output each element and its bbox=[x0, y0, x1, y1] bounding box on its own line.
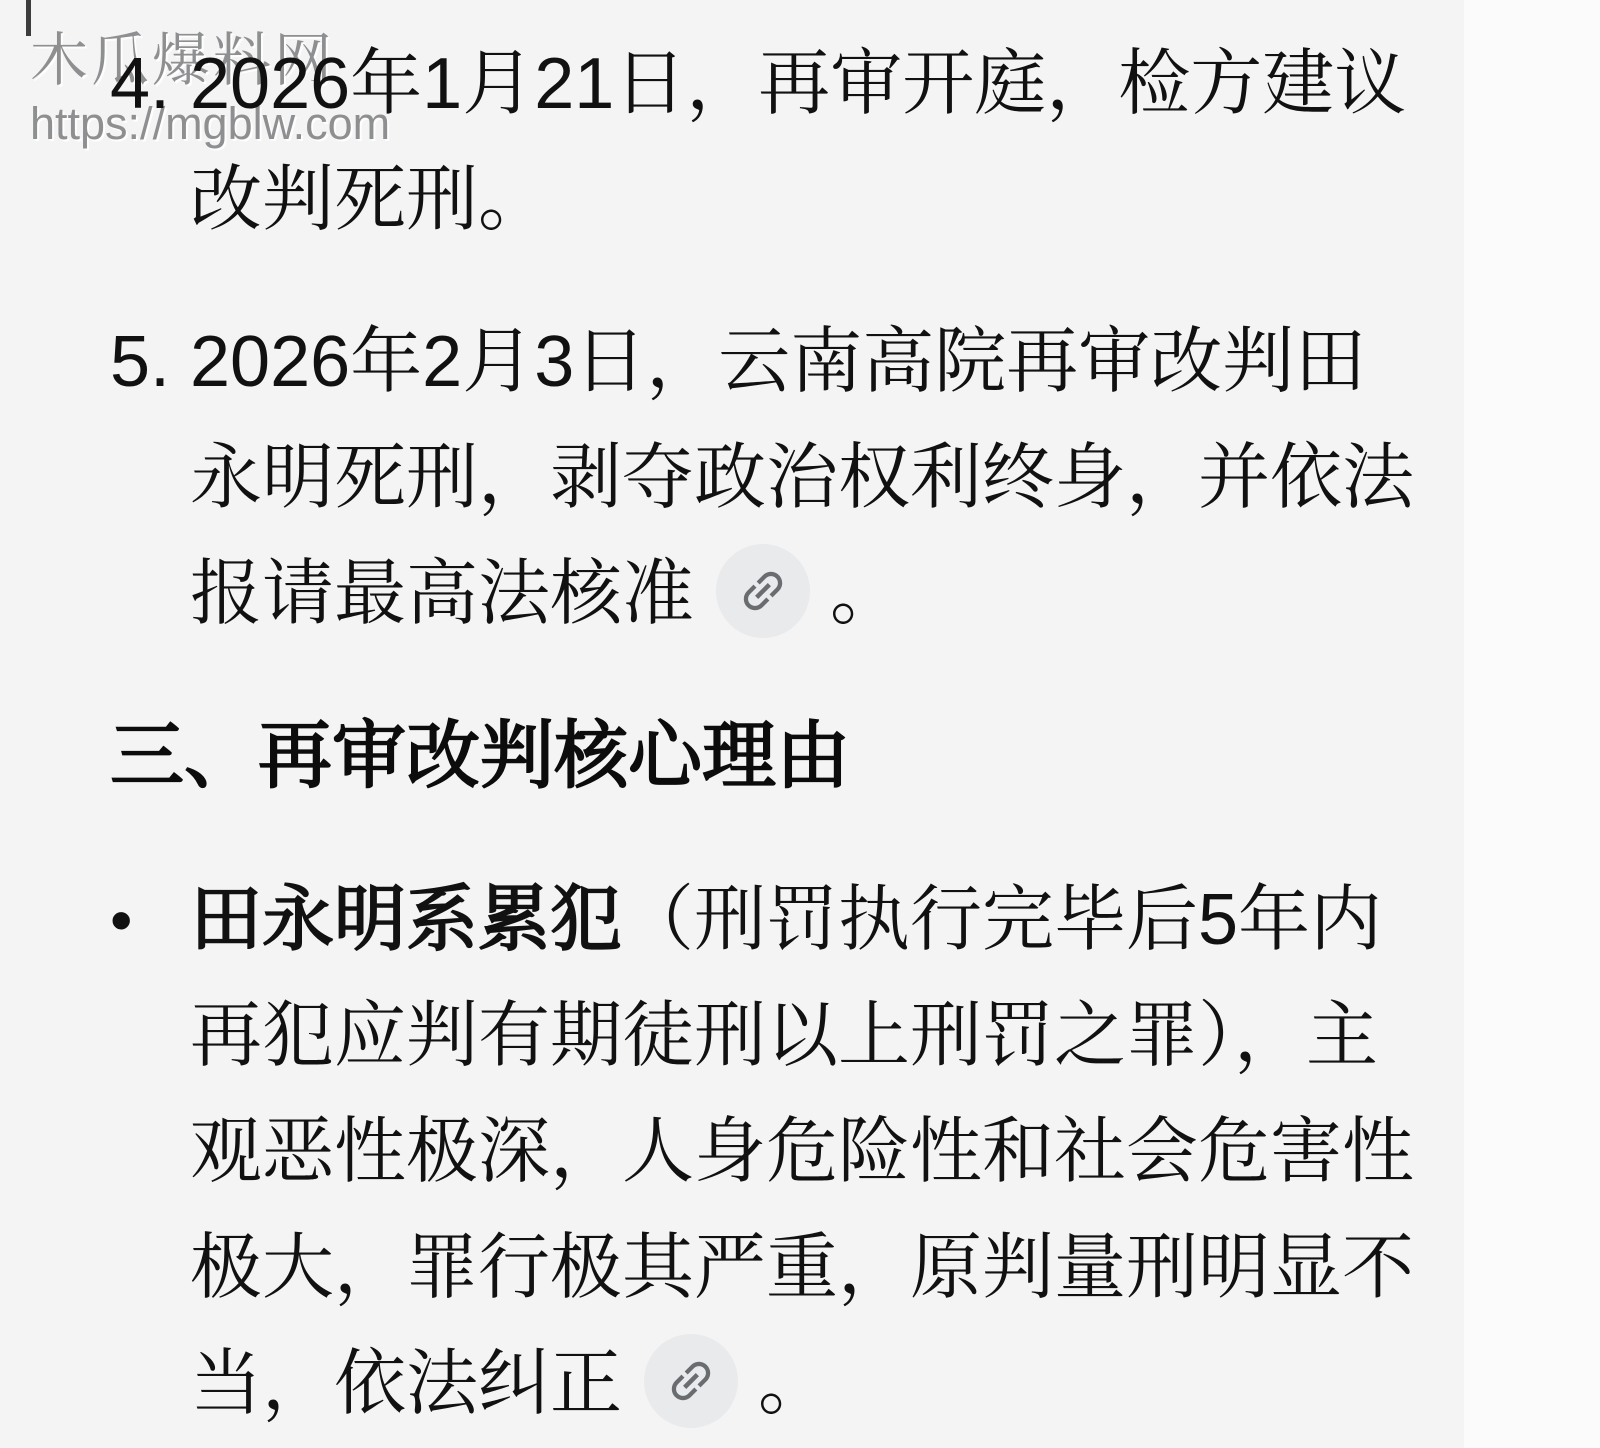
chat-answer-screenshot: 木瓜爆料网 https://mgblw.com 4. 2026年1月21日，再审… bbox=[0, 0, 1600, 1448]
answer-body: 4. 2026年1月21日，再审开庭，检方建议 改判死刑。 5. 2026年2月… bbox=[0, 0, 1600, 1442]
list-item-number: 5. bbox=[110, 304, 190, 420]
citation-link-button[interactable] bbox=[716, 544, 810, 638]
list-item-text-segment: 。 bbox=[830, 554, 902, 634]
list-item-number: 4. bbox=[110, 26, 190, 142]
list-item-text: 2026年2月3日，云南高院再审改判田 永明死刑，剥夺政治权利终身，并依法 报请… bbox=[190, 304, 1430, 652]
bullet-text-segment: 。 bbox=[758, 1344, 830, 1424]
bullet-text-segment: （刑罚执行完毕后5年内 再犯应判有期徒刑以上刑罚之罪），主 观恶性极深，人身危险… bbox=[190, 880, 1414, 1424]
timeline-item-4: 4. 2026年1月21日，再审开庭，检方建议 改判死刑。 bbox=[110, 26, 1600, 258]
bullet-marker: • bbox=[110, 862, 190, 978]
bullet-bold-text: 田永明系累犯 bbox=[190, 880, 622, 960]
bullet-item: • 田永明系累犯（刑罚执行完毕后5年内 再犯应判有期徒刑以上刑罚之罪），主 观恶… bbox=[110, 862, 1600, 1442]
timeline-item-5: 5. 2026年2月3日，云南高院再审改判田 永明死刑，剥夺政治权利终身，并依法… bbox=[110, 304, 1600, 652]
list-item-text: 2026年1月21日，再审开庭，检方建议 改判死刑。 bbox=[190, 26, 1430, 258]
link-icon bbox=[653, 1343, 729, 1419]
link-icon bbox=[725, 553, 801, 629]
bullet-item-text: 田永明系累犯（刑罚执行完毕后5年内 再犯应判有期徒刑以上刑罚之罪），主 观恶性极… bbox=[190, 862, 1430, 1442]
section-heading: 三、再审改判核心理由 bbox=[110, 698, 1600, 814]
citation-link-button[interactable] bbox=[644, 1334, 738, 1428]
